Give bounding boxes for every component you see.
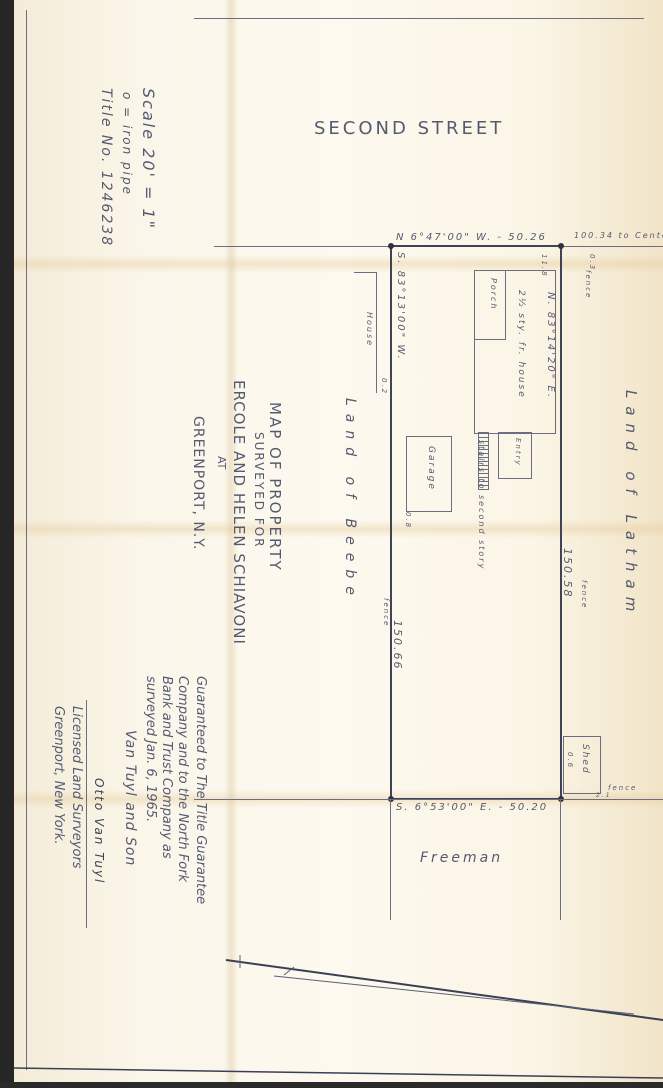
entry-label: Entry xyxy=(514,438,522,467)
surveyor-signature: Otto Van Tuyl xyxy=(92,778,106,884)
adjacent-south-label: Land of Beebe xyxy=(342,398,358,603)
street-label: SECOND STREET xyxy=(314,118,504,139)
bearing-top-note: 100.34 to Center xyxy=(574,231,663,240)
fence-label: fence xyxy=(382,598,390,627)
bearing-top: N 6°47'00" W. - 50.26 xyxy=(396,232,547,243)
fence-label: fence xyxy=(580,580,588,609)
signature-line xyxy=(86,700,87,928)
border-line-top xyxy=(194,18,644,19)
fold-line xyxy=(14,520,663,538)
fold-line xyxy=(14,255,663,273)
bearing-bottom: S. 6°53'00" E. - 50.20 xyxy=(396,802,548,813)
measure-label: 2.1 xyxy=(596,792,612,799)
lot-line-left xyxy=(390,246,392,799)
bearing-left: S. 83°13'00" W. xyxy=(395,252,406,361)
distance-left: 150.66 xyxy=(391,620,404,671)
title-line-3: ERCOLE AND HELEN SCHIAVONI xyxy=(230,380,248,645)
porch-label: Porch xyxy=(489,278,498,310)
title-line-5: GREENPORT, N.Y. xyxy=(190,416,206,550)
house-label: 2½ sty. fr. house xyxy=(516,290,526,399)
measure-label: 0.2 xyxy=(380,378,388,395)
road-lines xyxy=(14,940,663,1088)
iron-pipe-marker xyxy=(388,243,394,249)
lot-line-right xyxy=(560,246,562,799)
title-line-1: MAP OF PROPERTY xyxy=(266,402,284,572)
guarantee-line-4: surveyed Jan. 6, 1965. xyxy=(143,676,158,822)
guarantee-line-3: Bank and Trust Company as xyxy=(159,676,174,859)
garage-label: Garage xyxy=(426,446,436,491)
extension-line xyxy=(390,800,391,920)
measure-label: 0.3 xyxy=(588,254,596,271)
signature-line-1: Licensed Land Surveyors xyxy=(69,706,84,869)
distance-right: 150.58 xyxy=(561,548,574,599)
survey-paper: SECOND STREET N 6°47'00" W. - 50.26 100.… xyxy=(14,0,663,1088)
guarantee-line-1: Guaranteed to The Title Guarantee xyxy=(193,676,208,904)
extension-line xyxy=(560,800,561,920)
rear-line xyxy=(194,799,663,800)
shed-label: Shed xyxy=(580,744,590,775)
iron-pipe-marker xyxy=(558,243,564,249)
guarantee-line-2: Company and to the North Fork xyxy=(175,676,190,882)
scan-edge-bottom xyxy=(0,1082,663,1088)
iron-pipe-legend: o = iron pipe xyxy=(120,92,134,196)
stairs-label: stairs to second story xyxy=(477,440,486,570)
scale-label: Scale 20' = 1" xyxy=(139,88,158,230)
surveyor-firm: Van Tuyl and Son xyxy=(122,730,138,866)
signature-line-2: Greenport, New York. xyxy=(51,706,66,845)
adjacent-east-label: Freeman xyxy=(420,850,503,866)
measure-label: 0.8 xyxy=(404,512,412,529)
lot-line-top xyxy=(390,245,562,247)
scan-edge-left xyxy=(0,0,14,1088)
title-line-2: SURVEYED FOR xyxy=(252,432,266,549)
measure-label: 0.6 xyxy=(566,752,574,769)
border-line-left xyxy=(26,10,27,1070)
title-line-4: AT xyxy=(215,456,228,469)
measure-label: 11.8 xyxy=(540,254,548,278)
fence-label: fence xyxy=(584,270,592,299)
neighbor-house-label: House xyxy=(365,312,374,347)
title-number: Title No. 1246238 xyxy=(98,88,114,247)
fence-label: fence xyxy=(608,784,637,792)
adjacent-north-label: Land of Latham xyxy=(622,390,640,619)
